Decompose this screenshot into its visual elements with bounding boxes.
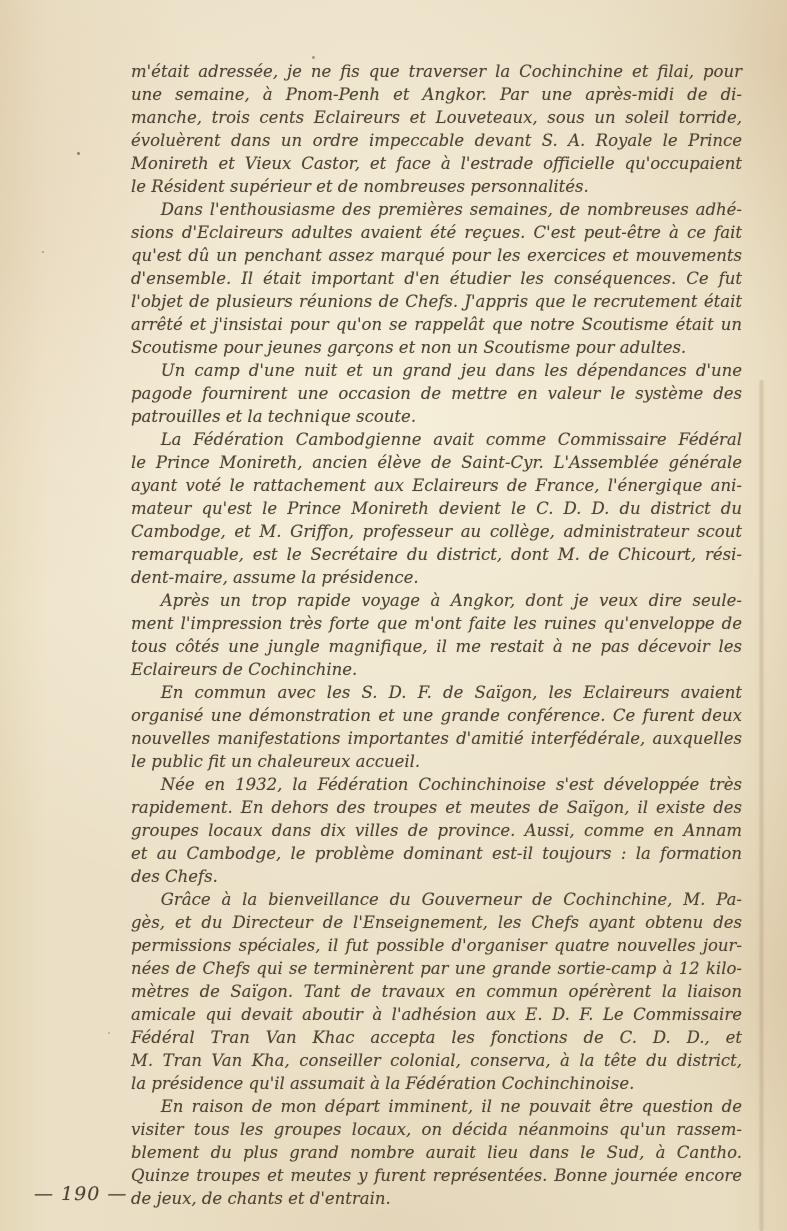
text-line: l'objet de plusieurs réunions de Chefs. …	[131, 290, 742, 313]
paragraph: Née en 1932, la Fédération Cochinchinois…	[131, 773, 742, 888]
text-line: d'ensemble. Il était important d'en étud…	[131, 267, 742, 290]
text-line: de jeux, de chants et d'entrain.	[131, 1187, 742, 1210]
text-line: Après un trop rapide voyage à Angkor, do…	[131, 589, 742, 612]
text-line: ayant voté le rattachement aux Eclaireur…	[131, 474, 742, 497]
text-line: Fédéral Tran Van Khac accepta les foncti…	[131, 1026, 742, 1049]
paper-speck	[42, 251, 44, 253]
text-line: Scoutisme pour jeunes garçons et non un …	[131, 336, 742, 359]
text-line: La Fédération Cambodgienne avait comme C…	[131, 428, 742, 451]
paragraph: Après un trop rapide voyage à Angkor, do…	[131, 589, 742, 681]
text-line: mateur qu'est le Prince Monireth devient…	[131, 497, 742, 520]
text-line: Quinze troupes et meutes y furent représ…	[131, 1164, 742, 1187]
page-number: — 190 —	[34, 1183, 144, 1205]
text-line: m'était adressée, je ne fis que traverse…	[131, 60, 742, 83]
text-line: nouvelles manifestations importantes d'a…	[131, 727, 742, 750]
paper-speck	[312, 56, 315, 59]
paragraph: m'était adressée, je ne fis que traverse…	[131, 60, 742, 198]
text-line: Monireth et Vieux Castor, et face à l'es…	[131, 152, 742, 175]
text-line: sions d'Eclaireurs adultes avaient été r…	[131, 221, 742, 244]
text-line: Eclaireurs de Cochinchine.	[131, 658, 742, 681]
page-text: m'était adressée, je ne fis que traverse…	[131, 60, 742, 1210]
text-line: et au Cambodge, le problème dominant est…	[131, 842, 742, 865]
text-line: qu'est dû un penchant assez marqué pour …	[131, 244, 742, 267]
text-line: gès, et du Directeur de l'Enseignement, …	[131, 911, 742, 934]
text-line: M. Tran Van Kha, conseiller colonial, co…	[131, 1049, 742, 1072]
text-line: groupes locaux dans dix villes de provin…	[131, 819, 742, 842]
text-line: blement du plus grand nombre aurait lieu…	[131, 1141, 742, 1164]
text-line: visiter tous les groupes locaux, on déci…	[131, 1118, 742, 1141]
text-line: Née en 1932, la Fédération Cochinchinois…	[131, 773, 742, 796]
text-line: amicale qui devait aboutir à l'adhésion …	[131, 1003, 742, 1026]
text-line: évoluèrent dans un ordre impeccable deva…	[131, 129, 742, 152]
text-line: Un camp d'une nuit et un grand jeu dans …	[131, 359, 742, 382]
text-line: manche, trois cents Eclaireurs et Louvet…	[131, 106, 742, 129]
text-line: Cambodge, et M. Griffon, professeur au c…	[131, 520, 742, 543]
paper-speck	[108, 1032, 110, 1034]
text-line: permissions spéciales, il fut possible d…	[131, 934, 742, 957]
paragraph: En commun avec les S. D. F. de Saïgon, l…	[131, 681, 742, 773]
text-line: Dans l'enthousiasme des premières semain…	[131, 198, 742, 221]
paragraph: En raison de mon départ imminent, il ne …	[131, 1095, 742, 1210]
text-line: dent-maire, assume la présidence.	[131, 566, 742, 589]
text-line: remarquable, est le Secrétaire du distri…	[131, 543, 742, 566]
text-line: tous côtés une jungle magnifique, il me …	[131, 635, 742, 658]
text-line: En commun avec les S. D. F. de Saïgon, l…	[131, 681, 742, 704]
text-line: la présidence qu'il assumait à la Fédéra…	[131, 1072, 742, 1095]
text-line: patrouilles et la technique scoute.	[131, 405, 742, 428]
text-line: le public fit un chaleureux accueil.	[131, 750, 742, 773]
paragraph: Dans l'enthousiasme des premières semain…	[131, 198, 742, 359]
paragraph: Un camp d'une nuit et un grand jeu dans …	[131, 359, 742, 428]
text-line: le Prince Monireth, ancien élève de Sain…	[131, 451, 742, 474]
text-line: arrêté et j'insistai pour qu'on se rappe…	[131, 313, 742, 336]
text-line: pagode fournirent une occasion de mettre…	[131, 382, 742, 405]
text-line: une semaine, à Pnom-Penh et Angkor. Par …	[131, 83, 742, 106]
paragraph: La Fédération Cambodgienne avait comme C…	[131, 428, 742, 589]
text-line: des Chefs.	[131, 865, 742, 888]
text-line: organisé une démonstration et une grande…	[131, 704, 742, 727]
text-line: le Résident supérieur et de nombreuses p…	[131, 175, 742, 198]
text-line: Grâce à la bienveillance du Gouverneur d…	[131, 888, 742, 911]
scanned-book-page: m'était adressée, je ne fis que traverse…	[0, 0, 787, 1231]
text-line: En raison de mon départ imminent, il ne …	[131, 1095, 742, 1118]
text-line: ment l'impression très forte que m'ont f…	[131, 612, 742, 635]
page-crease	[758, 380, 765, 1231]
paper-speck	[77, 152, 80, 155]
text-line: nées de Chefs qui se terminèrent par une…	[131, 957, 742, 980]
text-line: rapidement. En dehors des troupes et meu…	[131, 796, 742, 819]
paragraph: Grâce à la bienveillance du Gouverneur d…	[131, 888, 742, 1095]
text-line: mètres de Saïgon. Tant de travaux en com…	[131, 980, 742, 1003]
